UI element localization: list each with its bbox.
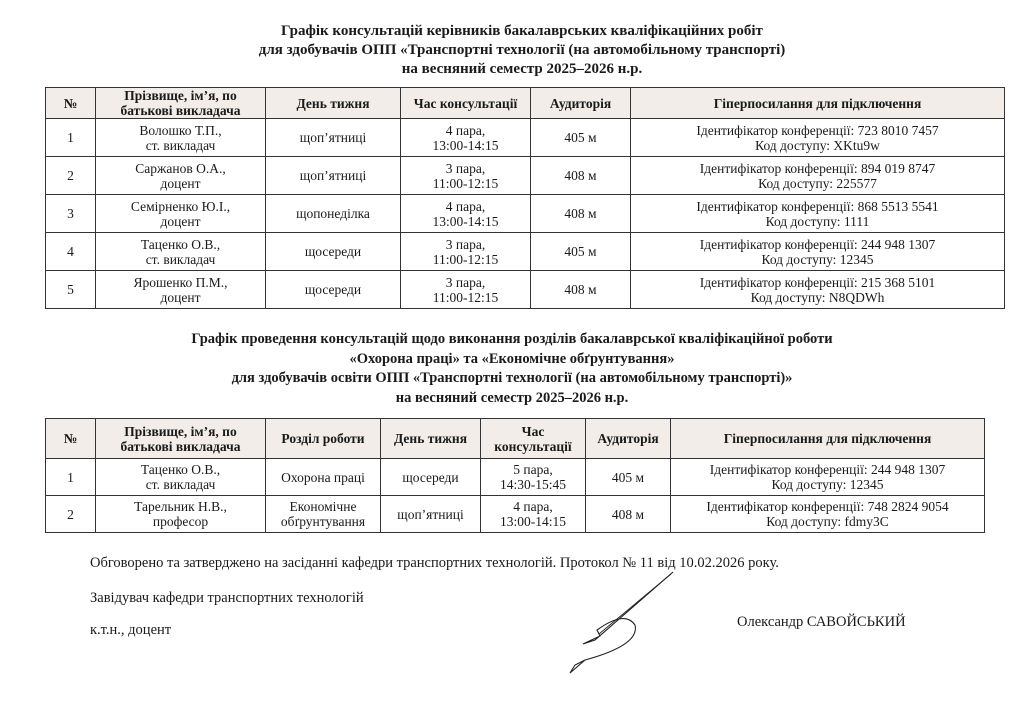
weekday-text: щопонеділка	[268, 206, 398, 221]
connection-info-text: Код доступу: N8QDWh	[633, 290, 1002, 305]
room: 408 м	[531, 271, 631, 309]
table-header-row: № Прізвище, ім’я, по батькові викладача …	[46, 419, 985, 459]
connection-info-text: Ідентифікатор конференції: 748 2824 9054	[673, 499, 982, 514]
teacher-name: Ярошенко П.М.,доцент	[96, 271, 266, 309]
connection-info-text: Ідентифікатор конференції: 894 019 8747	[633, 161, 1002, 176]
teacher-name-text: доцент	[98, 214, 263, 229]
consult-time-text: 13:00-14:15	[483, 514, 583, 529]
title-line: на весняний семестр 2025–2026 н.р.	[0, 389, 1024, 409]
weekday-text: щосереди	[383, 470, 478, 485]
table-row: 4Таценко О.В.,ст. викладачщосереди3 пара…	[46, 233, 1005, 271]
sections-consultation-table: № Прізвище, ім’я, по батькові викладача …	[45, 418, 985, 533]
room-text: 408 м	[533, 282, 628, 297]
consult-time-text: 11:00-12:15	[403, 252, 528, 267]
teacher-name-text: доцент	[98, 290, 263, 305]
row-number-text: 1	[48, 130, 93, 145]
consult-time-text: 13:00-14:15	[403, 138, 528, 153]
teacher-name-text: Ярошенко П.М.,	[98, 275, 263, 290]
row-number: 2	[46, 157, 96, 195]
work-section-text: Економічне обґрунтування	[268, 499, 378, 529]
consult-time: 3 пара,11:00-12:15	[401, 233, 531, 271]
row-number: 1	[46, 459, 96, 496]
room-text: 408 м	[533, 168, 628, 183]
title-line: Графік консультацій керівників бакалаврс…	[10, 22, 1024, 41]
teacher-name: Семірненко Ю.І.,доцент	[96, 195, 266, 233]
connection-info-text: Код доступу: fdmy3C	[673, 514, 982, 529]
connection-info-text: Код доступу: 225577	[633, 176, 1002, 191]
col-header-num: №	[46, 419, 96, 459]
room-text: 405 м	[533, 130, 628, 145]
row-number-text: 2	[48, 507, 93, 522]
connection-info-text: Код доступу: XKtu9w	[633, 138, 1002, 153]
connection-info-text: Ідентифікатор конференції: 868 5513 5541	[633, 199, 1002, 214]
row-number-text: 3	[48, 206, 93, 221]
schedule-title: Графік консультацій керівників бакалаврс…	[10, 22, 1024, 79]
connection-info: Ідентифікатор конференції: 723 8010 7457…	[631, 119, 1005, 157]
teacher-name: Тарельник Н.В.,професор	[96, 496, 266, 533]
weekday: щосереди	[266, 271, 401, 309]
room-text: 408 м	[588, 507, 668, 522]
connection-info: Ідентифікатор конференції: 868 5513 5541…	[631, 195, 1005, 233]
connection-info: Ідентифікатор конференції: 215 368 5101К…	[631, 271, 1005, 309]
row-number-text: 1	[48, 470, 93, 485]
weekday: щопонеділка	[266, 195, 401, 233]
weekday-text: щоп’ятниці	[383, 507, 478, 522]
weekday: щосереди	[266, 233, 401, 271]
teacher-name-text: Тарельник Н.В.,	[98, 499, 263, 514]
weekday-text: щосереди	[268, 244, 398, 259]
teacher-name-text: ст. викладач	[98, 477, 263, 492]
col-header-time: Час консультації	[401, 88, 531, 119]
col-header-time: Час консультації	[481, 419, 586, 459]
row-number-text: 4	[48, 244, 93, 259]
teacher-name: Таценко О.В.,ст. викладач	[96, 459, 266, 496]
connection-info: Ідентифікатор конференції: 244 948 1307К…	[631, 233, 1005, 271]
consult-time-text: 3 пара,	[403, 237, 528, 252]
consult-time-text: 3 пара,	[403, 161, 528, 176]
row-number-text: 5	[48, 282, 93, 297]
connection-info-text: Ідентифікатор конференції: 215 368 5101	[633, 275, 1002, 290]
table-row: 2Тарельник Н.В.,професорЕкономічне обґру…	[46, 496, 985, 533]
academic-degree: к.т.н., доцент	[90, 622, 171, 639]
consult-time-text: 13:00-14:15	[403, 214, 528, 229]
title-line: Графік проведення консультацій щодо вико…	[0, 330, 1024, 350]
teacher-name-text: доцент	[98, 176, 263, 191]
col-header-room: Аудиторія	[531, 88, 631, 119]
col-header-name: Прізвище, ім’я, по батькові викладача	[96, 419, 266, 459]
title-line: «Охорона праці» та «Економічне обґрунтув…	[0, 350, 1024, 370]
col-header-link: Гіперпосилання для підключення	[671, 419, 985, 459]
connection-info-text: Ідентифікатор конференції: 244 948 1307	[673, 462, 982, 477]
title-line: для здобувачів освіти ОПП «Транспортні т…	[0, 369, 1024, 389]
consult-time-text: 4 пара,	[403, 123, 528, 138]
work-section: Економічне обґрунтування	[266, 496, 381, 533]
weekday: щоп’ятниці	[266, 119, 401, 157]
teacher-name-text: професор	[98, 514, 263, 529]
col-header-link: Гіперпосилання для підключення	[631, 88, 1005, 119]
consult-time: 4 пара,13:00-14:15	[481, 496, 586, 533]
connection-info: Ідентифікатор конференції: 244 948 1307К…	[671, 459, 985, 496]
row-number: 2	[46, 496, 96, 533]
teacher-name-text: Таценко О.В.,	[98, 237, 263, 252]
row-number-text: 2	[48, 168, 93, 183]
row-number: 5	[46, 271, 96, 309]
consult-time: 4 пара,13:00-14:15	[401, 119, 531, 157]
col-header-num: №	[46, 88, 96, 119]
room-text: 408 м	[533, 206, 628, 221]
table-row: 1Таценко О.В.,ст. викладачОхорона праціщ…	[46, 459, 985, 496]
table-row: 3Семірненко Ю.І.,доцентщопонеділка4 пара…	[46, 195, 1005, 233]
consult-time-text: 14:30-15:45	[483, 477, 583, 492]
teacher-name-text: Семірненко Ю.І.,	[98, 199, 263, 214]
consult-time-text: 5 пара,	[483, 462, 583, 477]
teacher-name-text: ст. викладач	[98, 252, 263, 267]
weekday-text: щосереди	[268, 282, 398, 297]
teacher-name-text: Таценко О.В.,	[98, 462, 263, 477]
table-header-row: № Прізвище, ім’я, по батькові викладача …	[46, 88, 1005, 119]
connection-info-text: Код доступу: 12345	[633, 252, 1002, 267]
table-row: 5Ярошенко П.М.,доцентщосереди3 пара,11:0…	[46, 271, 1005, 309]
connection-info-text: Код доступу: 1111	[633, 214, 1002, 229]
col-header-section: Розділ роботи	[266, 419, 381, 459]
consult-time-text: 3 пара,	[403, 275, 528, 290]
room-text: 405 м	[533, 244, 628, 259]
teacher-name: Саржанов О.А.,доцент	[96, 157, 266, 195]
room-text: 405 м	[588, 470, 668, 485]
row-number: 1	[46, 119, 96, 157]
teacher-name: Таценко О.В.,ст. викладач	[96, 233, 266, 271]
title-line: на весняний семестр 2025–2026 н.р.	[10, 60, 1024, 79]
work-section: Охорона праці	[266, 459, 381, 496]
table-row: 1Волошко Т.П.,ст. викладачщоп’ятниці4 па…	[46, 119, 1005, 157]
col-header-name: Прізвище, ім’я, по батькові викладача	[96, 88, 266, 119]
consult-time-text: 4 пара,	[403, 199, 528, 214]
room: 408 м	[531, 157, 631, 195]
connection-info: Ідентифікатор конференції: 894 019 8747К…	[631, 157, 1005, 195]
col-header-day: День тижня	[266, 88, 401, 119]
room: 405 м	[531, 233, 631, 271]
consult-time: 4 пара,13:00-14:15	[401, 195, 531, 233]
teacher-name: Волошко Т.П.,ст. викладач	[96, 119, 266, 157]
room: 408 м	[531, 195, 631, 233]
teacher-name-text: Саржанов О.А.,	[98, 161, 263, 176]
department-head-title: Завідувач кафедри транспортних технологі…	[90, 590, 364, 607]
weekday: щоп’ятниці	[266, 157, 401, 195]
connection-info-text: Ідентифікатор конференції: 723 8010 7457	[633, 123, 1002, 138]
consult-time-text: 11:00-12:15	[403, 176, 528, 191]
col-header-day: День тижня	[381, 419, 481, 459]
weekday-text: щоп’ятниці	[268, 168, 398, 183]
sections-schedule-title: Графік проведення консультацій щодо вико…	[0, 330, 1024, 408]
table-row: 2Саржанов О.А.,доцентщоп’ятниці3 пара,11…	[46, 157, 1005, 195]
supervisors-consultation-table: № Прізвище, ім’я, по батькові викладача …	[45, 87, 1005, 309]
room: 408 м	[586, 496, 671, 533]
title-line: для здобувачів ОПП «Транспортні технолог…	[10, 41, 1024, 60]
room: 405 м	[531, 119, 631, 157]
consult-time-text: 11:00-12:15	[403, 290, 528, 305]
teacher-name-text: ст. викладач	[98, 138, 263, 153]
consult-time-text: 4 пара,	[483, 499, 583, 514]
connection-info-text: Ідентифікатор конференції: 244 948 1307	[633, 237, 1002, 252]
consult-time: 5 пара,14:30-15:45	[481, 459, 586, 496]
col-header-room: Аудиторія	[586, 419, 671, 459]
row-number: 4	[46, 233, 96, 271]
consult-time: 3 пара,11:00-12:15	[401, 157, 531, 195]
weekday-text: щоп’ятниці	[268, 130, 398, 145]
connection-info-text: Код доступу: 12345	[673, 477, 982, 492]
weekday: щосереди	[381, 459, 481, 496]
room: 405 м	[586, 459, 671, 496]
consult-time: 3 пара,11:00-12:15	[401, 271, 531, 309]
signature-icon	[555, 570, 685, 680]
connection-info: Ідентифікатор конференції: 748 2824 9054…	[671, 496, 985, 533]
weekday: щоп’ятниці	[381, 496, 481, 533]
teacher-name-text: Волошко Т.П.,	[98, 123, 263, 138]
department-head-name: Олександр САВОЙСЬКИЙ	[737, 614, 906, 631]
work-section-text: Охорона праці	[268, 470, 378, 485]
row-number: 3	[46, 195, 96, 233]
